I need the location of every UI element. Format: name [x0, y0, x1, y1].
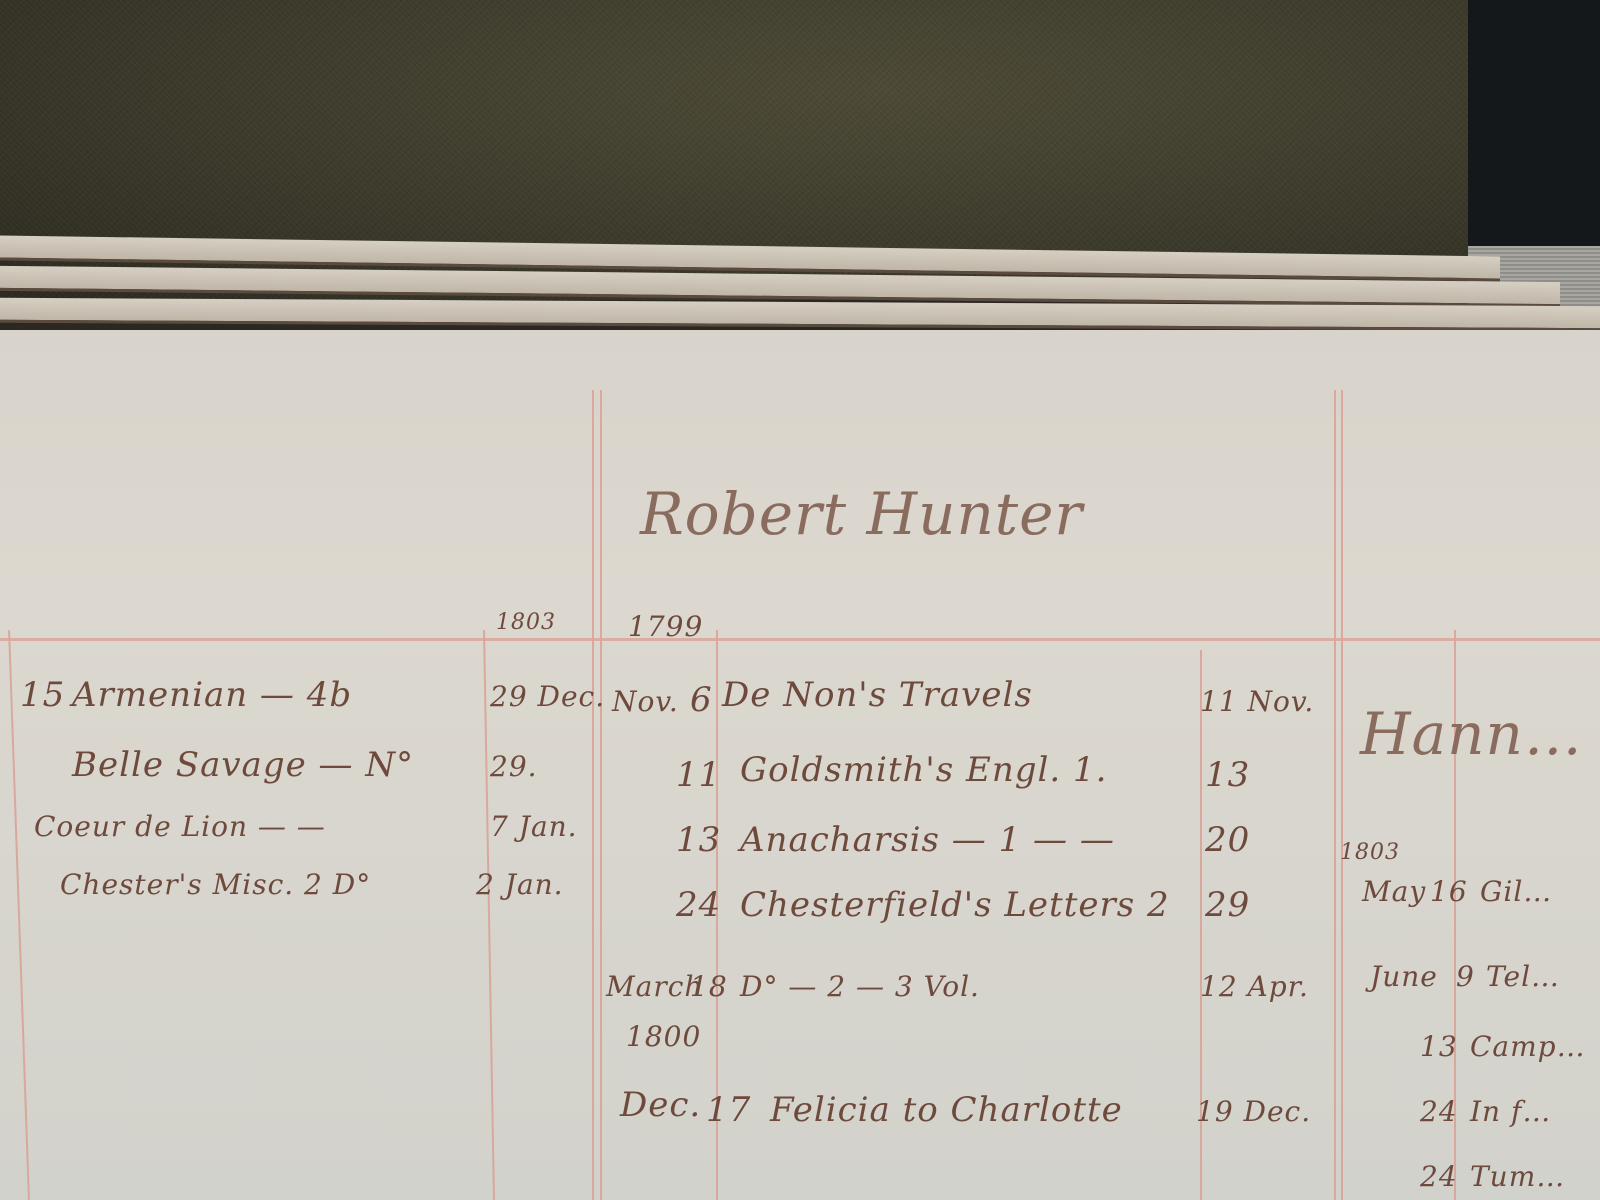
- entry-day: 6: [690, 680, 713, 720]
- entry-day: 11: [676, 755, 721, 795]
- entry-returned: 29: [1205, 885, 1250, 925]
- entry-month: June: [1370, 960, 1438, 993]
- ledger-page: Robert Hunter 1803 15 Armenian — 4b 29 D…: [0, 330, 1600, 1200]
- right-year: 1803: [1340, 840, 1400, 865]
- right-heading: Hann…: [1360, 700, 1583, 768]
- left-year: 1803: [496, 610, 556, 635]
- entry-returned: 7 Jan.: [490, 810, 578, 843]
- entry-day: 16: [1430, 875, 1468, 908]
- ruling-line: [600, 390, 602, 1200]
- entry-title: Felicia to Charlotte: [770, 1090, 1123, 1130]
- entry-title: Goldsmith's Engl. 1.: [740, 750, 1107, 790]
- entry-returned: 29.: [490, 750, 538, 783]
- center-year: 1799: [628, 610, 703, 643]
- entry-title: De Non's Travels: [722, 675, 1033, 715]
- entry-month: Nov.: [612, 685, 679, 718]
- entry-returned: 20: [1205, 820, 1250, 860]
- entry-day: 24: [1420, 1160, 1458, 1193]
- entry-title: Tum…: [1470, 1160, 1565, 1193]
- dark-background: [1468, 0, 1600, 246]
- entry-day: 9: [1456, 960, 1475, 993]
- entry-day: 17: [706, 1090, 751, 1130]
- entry-month: March: [606, 970, 703, 1003]
- entry-day: 24: [1420, 1095, 1458, 1128]
- entry-day: 13: [676, 820, 721, 860]
- entry-returned: 12 Apr.: [1200, 970, 1309, 1003]
- ruling-line: [592, 390, 594, 1200]
- entry-day: 18: [690, 970, 728, 1003]
- entry-year: 1800: [626, 1020, 701, 1053]
- entry-returned: 29 Dec.: [490, 680, 605, 713]
- entry-title: D° — 2 — 3 Vol.: [740, 970, 980, 1003]
- entry-title: In f…: [1470, 1095, 1551, 1128]
- ruling-line: [0, 638, 1600, 641]
- entry-title: Chester's Misc. 2 D°: [60, 868, 371, 901]
- ledger-heading: Robert Hunter: [640, 480, 1083, 548]
- entry-title: Armenian — 4b: [72, 675, 352, 715]
- entry-day: 24: [676, 885, 721, 925]
- entry-day: 15: [20, 675, 65, 715]
- entry-returned: 19 Dec.: [1196, 1095, 1311, 1128]
- entry-month: May: [1362, 875, 1426, 908]
- ruling-line: [483, 630, 495, 1200]
- entry-returned: 11 Nov.: [1200, 685, 1314, 718]
- entry-title: Tel…: [1486, 960, 1560, 993]
- entry-title: Gil…: [1480, 875, 1552, 908]
- entry-title: Coeur de Lion — —: [34, 810, 326, 843]
- entry-day: 13: [1420, 1030, 1458, 1063]
- entry-title: Anacharsis — 1 — —: [740, 820, 1115, 860]
- entry-returned: 13: [1205, 755, 1250, 795]
- entry-returned: 2 Jan.: [476, 868, 564, 901]
- ruling-line: [1334, 390, 1336, 1200]
- entry-month: Dec.: [620, 1085, 701, 1125]
- entry-title: Camp…: [1470, 1030, 1586, 1063]
- entry-title: Chesterfield's Letters 2: [740, 885, 1170, 925]
- ruling-line: [8, 630, 30, 1200]
- ruling-line: [1341, 390, 1343, 1200]
- entry-title: Belle Savage — N°: [72, 745, 414, 785]
